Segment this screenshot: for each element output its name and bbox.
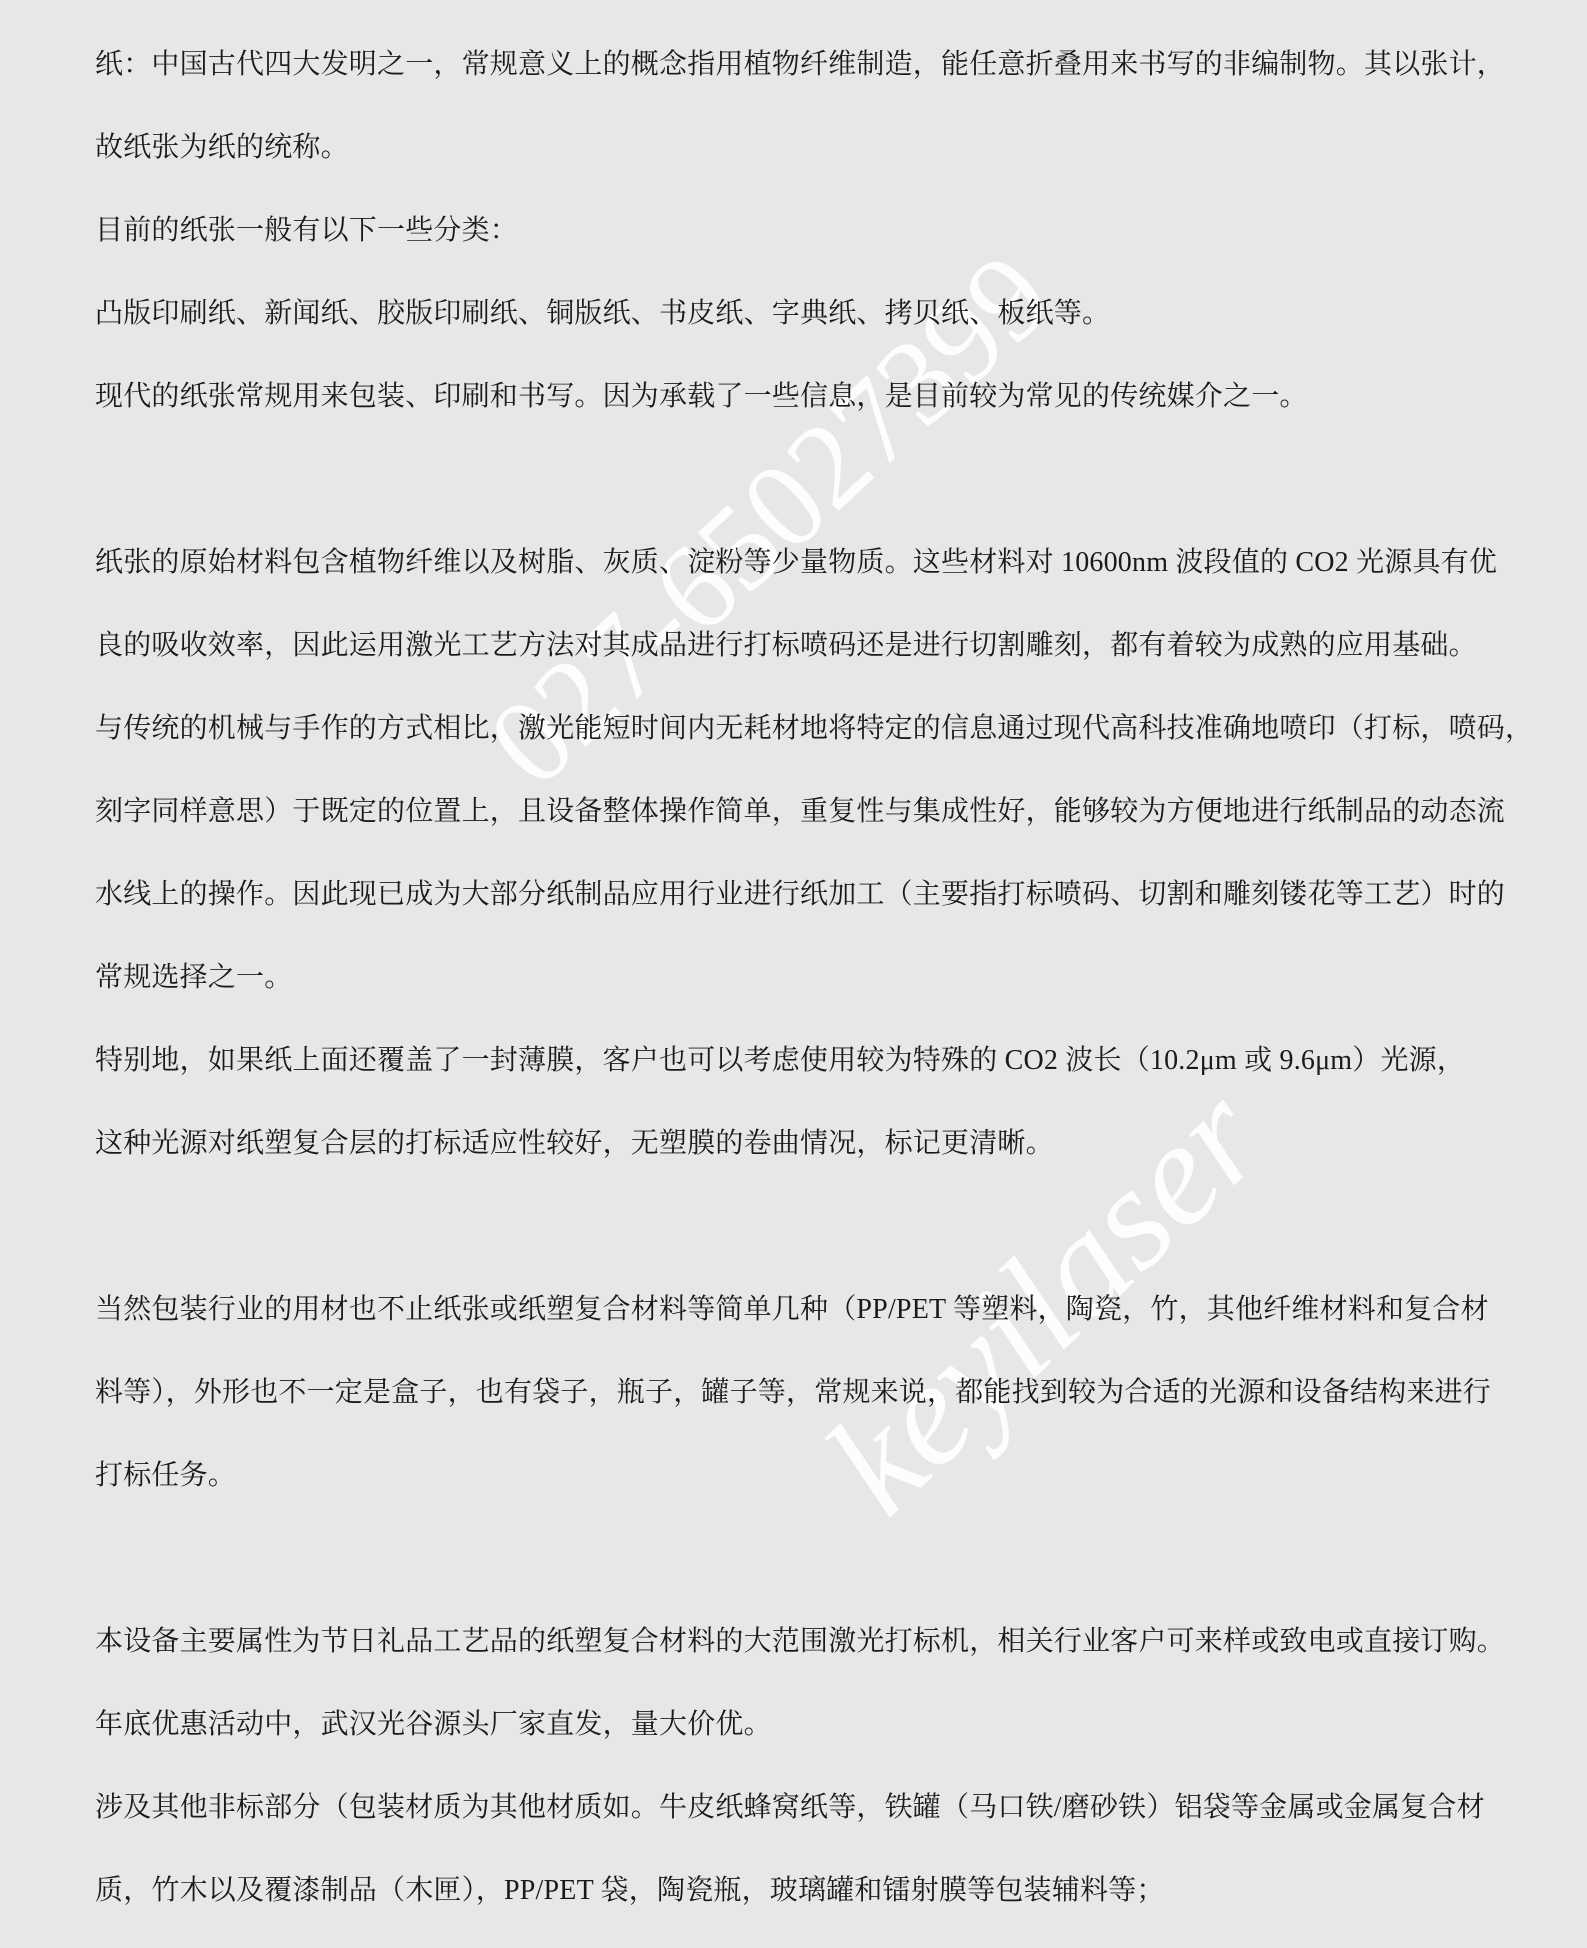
- text-line: 目前的纸张一般有以下一些分类：: [95, 189, 1492, 272]
- blank-line: [95, 1185, 1492, 1268]
- document-page: 纸：中国古代四大发明之一，常规意义上的概念指用植物纤维制造，能任意折叠用来书写的…: [0, 0, 1587, 1948]
- text-line: 水线上的操作。因此现已成为大部分纸制品应用行业进行纸加工（主要指打标喷码、切割和…: [95, 853, 1492, 936]
- text-line: 良的吸收效率，因此运用激光工艺方法对其成品进行打标喷码还是进行切割雕刻，都有着较…: [95, 604, 1492, 687]
- text-line: 特别地，如果纸上面还覆盖了一封薄膜，客户也可以考虑使用较为特殊的 CO2 波长（…: [95, 1019, 1492, 1102]
- text-line: 质，竹木以及覆漆制品（木匣），PP/PET 袋，陶瓷瓶，玻璃罐和镭射膜等包装辅料…: [95, 1849, 1492, 1932]
- text-line: 当然包装行业的用材也不止纸张或纸塑复合材料等简单几种（PP/PET 等塑料，陶瓷…: [95, 1268, 1492, 1351]
- text-line: 年底优惠活动中，武汉光谷源头厂家直发，量大价优。: [95, 1683, 1492, 1766]
- text-line: 刻字同样意思）于既定的位置上，且设备整体操作简单，重复性与集成性好，能够较为方便…: [95, 770, 1492, 853]
- text-line: 故纸张为纸的统称。: [95, 106, 1492, 189]
- text-line: 这种光源对纸塑复合层的打标适应性较好，无塑膜的卷曲情况，标记更清晰。: [95, 1102, 1492, 1185]
- text-line: 纸张的原始材料包含植物纤维以及树脂、灰质、淀粉等少量物质。这些材料对 10600…: [95, 521, 1492, 604]
- text-line: 本设备主要属性为节日礼品工艺品的纸塑复合材料的大范围激光打标机，相关行业客户可来…: [95, 1600, 1492, 1683]
- text-line: 涉及其他非标部分（包装材质为其他材质如。牛皮纸蜂窝纸等，铁罐（马口铁/磨砂铁）铝…: [95, 1766, 1492, 1849]
- blank-line: [95, 438, 1492, 521]
- text-line: 料等），外形也不一定是盒子，也有袋子，瓶子，罐子等，常规来说，都能找到较为合适的…: [95, 1351, 1492, 1434]
- text-line: 纸：中国古代四大发明之一，常规意义上的概念指用植物纤维制造，能任意折叠用来书写的…: [95, 23, 1492, 106]
- text-line: 凸版印刷纸、新闻纸、胶版印刷纸、铜版纸、书皮纸、字典纸、拷贝纸、板纸等。: [95, 272, 1492, 355]
- text-line: 打标任务。: [95, 1434, 1492, 1517]
- text-line: 常规选择之一。: [95, 936, 1492, 1019]
- text-line: 现代的纸张常规用来包装、印刷和书写。因为承载了一些信息，是目前较为常见的传统媒介…: [95, 355, 1492, 438]
- blank-line: [95, 1517, 1492, 1600]
- text-line: 与传统的机械与手作的方式相比，激光能短时间内无耗材地将特定的信息通过现代高科技准…: [95, 687, 1492, 770]
